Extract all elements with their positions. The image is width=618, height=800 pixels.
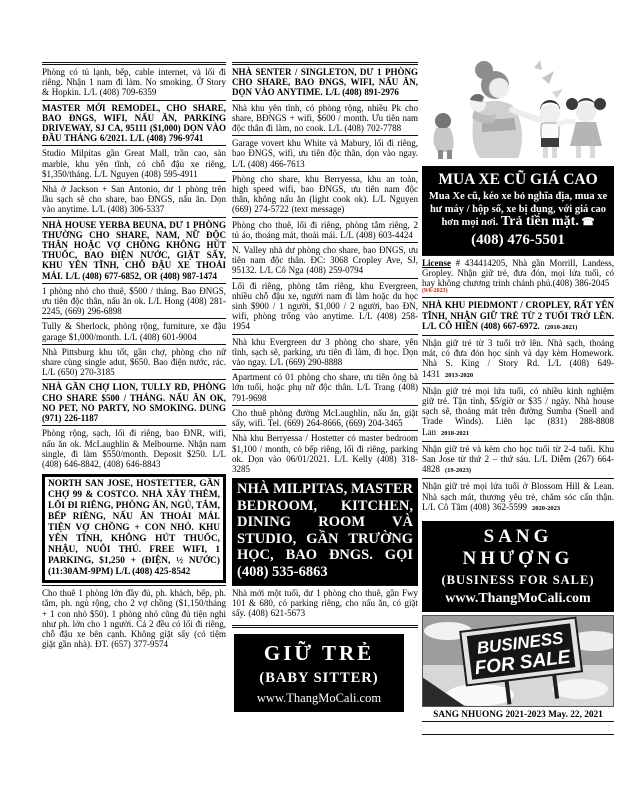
classified-ad: Nhận giữ trẻ từ 3 tuổi trở lên. Nhà sạch… xyxy=(422,335,614,383)
buy-used-cars-ad: MUA XE CŨ GIÁ CAO Mua Xe cũ, kéo xe bỏ n… xyxy=(422,166,614,255)
classified-ad: Nhà ở Jackson + San Antonio, dư 1 phòng … xyxy=(42,181,226,217)
phone-number: (408) 476-5501 xyxy=(427,232,609,249)
classified-ad: Phòng rộng, sạch, lối đi riêng, bao ĐNR,… xyxy=(42,425,226,471)
classified-ad: Phòng cho thuê, lối đi riêng, phòng tắm … xyxy=(232,217,418,242)
ad-text: Studio Milpitas gần Great Mall, trần cao… xyxy=(42,148,226,178)
babysitter-illustration xyxy=(422,58,614,161)
classified-ad: Lối đi riêng, phòng tắm riêng, khu Everg… xyxy=(232,278,418,334)
section-title: SANG NHƯỢNG xyxy=(425,526,611,570)
classified-ad: Garage vovert khu White và Mabury, lối đ… xyxy=(232,135,418,171)
phone-icon: ☎ xyxy=(581,217,594,228)
ad-date-code: 2013-2020 xyxy=(445,372,473,379)
ad-text: N. Valley nhà dư phòng cho share, bao ĐN… xyxy=(232,245,418,275)
ad-text: MASTER MỚI REMODEL, CHO SHARE, BAO ĐNGS,… xyxy=(42,103,226,144)
cash-text: Trả tiền mặt. xyxy=(501,214,579,229)
ad-lead: License xyxy=(422,258,451,268)
ad-text: Nhà mới một tuổi, dư 1 phòng cho thuê, g… xyxy=(232,588,418,618)
ad-text: Garage vovert khu White và Mabury, lối đ… xyxy=(232,138,418,168)
section-title: GIỮ TRẺ xyxy=(238,641,400,666)
classified-ad: MASTER MỚI REMODEL, CHO SHARE, BAO ĐNGS,… xyxy=(42,100,226,146)
classified-ad: Nhà Pittsburg khu tốt, gần chợ, phòng ch… xyxy=(42,344,226,380)
ad-text: # 434414205, Nhà gần Morrill, Landess, G… xyxy=(422,258,614,288)
bottom-rule xyxy=(422,734,614,735)
ad-text: NHÀ SENTER / SINGLETON, DƯ 1 PHÒNG CHO S… xyxy=(232,67,418,97)
ad-text: Phòng rộng, sạch, lối đi riêng, bao ĐNR,… xyxy=(42,428,226,469)
classified-ad: Cho thuê 1 phòng lớn đầy đủ, ph. khách, … xyxy=(42,585,226,651)
classified-ad: Nhà khu Berryessa / Hostetter có master … xyxy=(232,430,418,476)
ad-date-code: 2020-2023 xyxy=(532,505,560,512)
classified-ad: NHÀ HOUSE YERBA BEUNA, DƯ 1 PHÒNG THƯỜNG… xyxy=(42,217,226,283)
ad-text: NHÀ HOUSE YERBA BEUNA, DƯ 1 PHÒNG THƯỜNG… xyxy=(42,220,226,281)
ad-text: NHÀ KHU PIEDMONT / CROPLEY, RẤT YÊN TĨNH… xyxy=(422,300,614,330)
classified-ad: Nhà mới một tuổi, dư 1 phòng cho thuê, g… xyxy=(232,585,418,621)
classified-ad: Nhận giữ trẻ mọi lứa tuổi, có nhiều kinh… xyxy=(422,383,614,441)
classified-ad: Studio Milpitas gần Great Mall, trần cao… xyxy=(42,145,226,181)
ad-date-code: (2010-2021) xyxy=(545,324,578,331)
classified-ad: Phòng cho share, khu Berryessa, khu an t… xyxy=(232,171,418,217)
section-date-caption: SANG NHUONG 2021-2023 May. 22, 2021 xyxy=(422,708,614,722)
classified-ad: Nhà khu Evergreen dư 3 phòng cho share, … xyxy=(232,334,418,370)
classified-ad: Phòng có tủ lạnh, bếp, cable internet, v… xyxy=(42,65,226,100)
classified-ad: NHÀ KHU PIEDMONT / CROPLEY, RẤT YÊN TĨNH… xyxy=(422,297,614,335)
business-for-sale-photo: BUSINESS FOR SALE xyxy=(422,615,614,707)
classified-ad-boxed: NORTH SAN JOSE, HOSTETTER, GẦN CHỢ 99 & … xyxy=(42,474,226,583)
section-divider xyxy=(232,625,418,628)
ad-text: Nhà Pittsburg khu tốt, gần chợ, phòng ch… xyxy=(42,347,226,377)
ad-text: 1 phòng nhỏ cho thuê, $500 / tháng. Bao … xyxy=(42,286,226,316)
classified-ad: License # 434414205, Nhà gần Morrill, La… xyxy=(422,255,614,298)
classified-ad: NHÀ GẦN CHỢ LION, TULLY RD, PHÒNG CHO SH… xyxy=(42,379,226,425)
classified-ad: Nhận giữ trẻ mọi lứa tuổi ở Blossom Hill… xyxy=(422,478,614,516)
ad-text: NHÀ GẦN CHỢ LION, TULLY RD, PHÒNG CHO SH… xyxy=(42,382,226,423)
ad-text: Nhà khu Berryessa / Hostetter có master … xyxy=(232,433,418,474)
ad-text: Tully & Sherlock, phòng rộng, furniture,… xyxy=(42,321,226,341)
classifieds-column-rooms-1: Phòng có tủ lạnh, bếp, cable internet, v… xyxy=(42,62,226,651)
sparkle-icon xyxy=(534,60,563,98)
baby-sitter-section-box: GIỮ TRẺ (BABY SITTER) www.ThangMoCali.co… xyxy=(234,634,404,712)
classified-ad: Nhận giữ trẻ và kèm cho học tuổi từ 2-4 … xyxy=(422,441,614,479)
classified-ad: Cho thuê phòng đường McLaughlin, nấu ăn,… xyxy=(232,405,418,430)
ad-text: NORTH SAN JOSE, HOSTETTER, GẦN CHỢ 99 & … xyxy=(48,479,220,577)
classified-ad: NHÀ SENTER / SINGLETON, DƯ 1 PHÒNG CHO S… xyxy=(232,65,418,100)
business-for-sale-section-box: SANG NHƯỢNG (BUSINESS FOR SALE) www.Than… xyxy=(422,521,614,612)
ad-title: MUA XE CŨ GIÁ CAO xyxy=(427,171,609,189)
ad-text: NHÀ MILPITAS, MASTER BEDROOM, KITCHEN, D… xyxy=(237,481,413,580)
classified-ad: 1 phòng nhỏ cho thuê, $500 / tháng. Bao … xyxy=(42,283,226,319)
ad-text: Phòng có tủ lạnh, bếp, cable internet, v… xyxy=(42,67,226,97)
ad-text: Phòng cho share, khu Berryessa, khu an t… xyxy=(232,174,418,215)
ad-text: Lối đi riêng, phòng tắm riêng, khu Everg… xyxy=(232,281,418,332)
classifieds-column-babysitter: MUA XE CŨ GIÁ CAO Mua Xe cũ, kéo xe bỏ n… xyxy=(422,58,614,735)
ad-text: Nhà khu yên tĩnh, có phòng rộng, nhiều P… xyxy=(232,103,418,133)
ad-text: Phòng cho thuê, lối đi riêng, phòng tắm … xyxy=(232,220,418,240)
ad-date-code: (19-2023) xyxy=(445,467,471,474)
classified-ad: Apartment có 01 phòng cho share, ưu tiên… xyxy=(232,369,418,405)
ad-text: Nhà ở Jackson + San Antonio, dư 1 phòng … xyxy=(42,184,226,214)
ad-body: Mua Xe cũ, kéo xe bỏ nghĩa địa, mua xe h… xyxy=(427,191,609,230)
ad-text: Nhà khu Evergreen dư 3 phòng cho share, … xyxy=(232,337,418,367)
ad-text: Cho thuê 1 phòng lớn đầy đủ, ph. khách, … xyxy=(42,588,226,649)
classified-ad: Nhà khu yên tĩnh, có phòng rộng, nhiều P… xyxy=(232,100,418,136)
ad-text: Apartment có 01 phòng cho share, ưu tiên… xyxy=(232,372,418,402)
section-subtitle: (BABY SITTER) xyxy=(238,670,400,687)
ad-text: Nhận giữ trẻ mọi lứa tuổi ở Blossom Hill… xyxy=(422,481,614,511)
website-link[interactable]: www.ThangMoCali.com xyxy=(425,591,611,607)
classified-ad: Tully & Sherlock, phòng rộng, furniture,… xyxy=(42,318,226,343)
section-subtitle: (BUSINESS FOR SALE) xyxy=(425,573,611,588)
classified-ad-reversed-milpitas: NHÀ MILPITAS, MASTER BEDROOM, KITCHEN, D… xyxy=(232,478,418,585)
ad-date-code: (9/6-2023) xyxy=(422,288,614,295)
classifieds-column-rooms-2: NHÀ SENTER / SINGLETON, DƯ 1 PHÒNG CHO S… xyxy=(232,62,418,712)
ad-date-code: 2018-2021 xyxy=(441,430,469,437)
classified-ad: N. Valley nhà dư phòng cho share, bao ĐN… xyxy=(232,242,418,278)
website-link[interactable]: www.ThangMoCali.com xyxy=(238,691,400,706)
ad-text: Cho thuê phòng đường McLaughlin, nấu ăn,… xyxy=(232,408,418,428)
ad-text: Nhận giữ trẻ mọi lứa tuổi, có nhiều kinh… xyxy=(422,386,614,437)
